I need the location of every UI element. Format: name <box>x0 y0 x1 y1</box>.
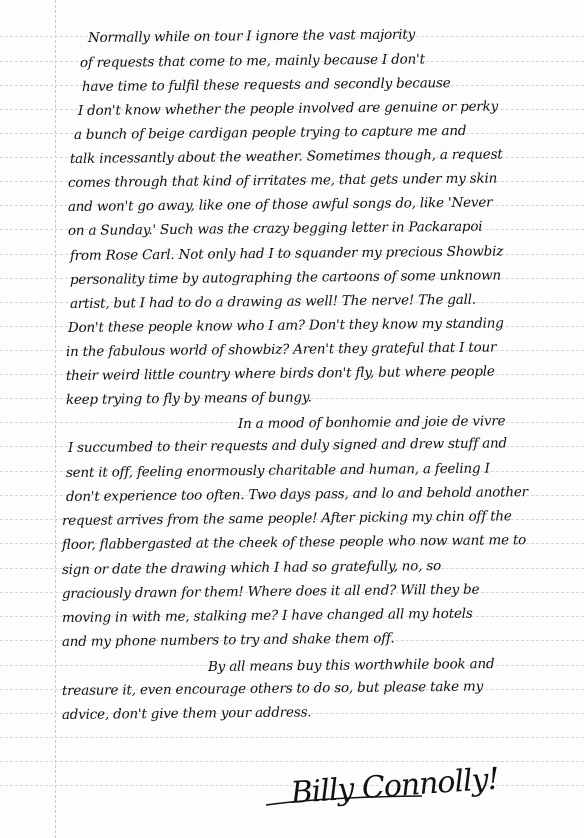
letter-line: a bunch of beige cardigan people trying … <box>74 123 467 143</box>
letter-line: I don't know whether the people involved… <box>78 99 498 119</box>
letter-line: Normally while on tour I ignore the vast… <box>88 27 415 46</box>
letter-line: graciously drawn for them! Where does it… <box>62 582 480 602</box>
letter-line: keep trying to fly by means of bungy. <box>66 389 312 408</box>
letter-line: have time to fulfil these requests and s… <box>82 75 451 95</box>
letter-line: don't experience too often. Two days pas… <box>66 484 528 505</box>
letter-line: advice, don't give them your address. <box>62 704 312 723</box>
letter-line: of requests that come to me, mainly beca… <box>80 51 425 71</box>
letter-line: floor, flabbergasted at the cheek of the… <box>62 532 526 553</box>
letter-line: their weird little country where birds d… <box>66 364 495 384</box>
letter-line: and my phone numbers to try and shake th… <box>62 631 395 650</box>
letter-line: In a mood of bonhomie and joie de vivre <box>238 413 506 432</box>
letter-line: treasure it, even encourage others to do… <box>62 679 483 699</box>
letter-line: By all means buy this worthwhile book an… <box>208 656 495 675</box>
letter-line: I succumbed to their requests and duly s… <box>68 435 507 456</box>
letter-body: Normally while on tour I ignore the vast… <box>0 0 584 838</box>
letter-line: Don't these people know who I am? Don't … <box>68 315 504 336</box>
letter-line: moving in with me, stalking me? I have c… <box>62 606 473 626</box>
letter-line: and won't go away, like one of those awf… <box>68 195 493 215</box>
letter-line: personality time by autographing the car… <box>70 267 501 288</box>
letter-line: comes through that kind of irritates me,… <box>68 171 497 191</box>
letter-line: on a Sunday.' Such was the crazy begging… <box>68 219 483 239</box>
letter-line: talk incessantly about the weather. Some… <box>70 146 503 167</box>
letter-line: in the fabulous world of showbiz? Aren't… <box>66 339 497 360</box>
signature-underline <box>264 795 424 807</box>
letter-line: artist, but I had to do a drawing as wel… <box>70 292 476 312</box>
letter-page: Normally while on tour I ignore the vast… <box>0 0 584 838</box>
letter-line: sign or date the drawing which I had so … <box>62 558 441 578</box>
letter-line: sent it off, feeling enormously charitab… <box>66 461 490 481</box>
letter-line: request arrives from the same people! Af… <box>62 508 512 529</box>
letter-line: from Rose Carl. Not only had I to squand… <box>70 243 503 264</box>
